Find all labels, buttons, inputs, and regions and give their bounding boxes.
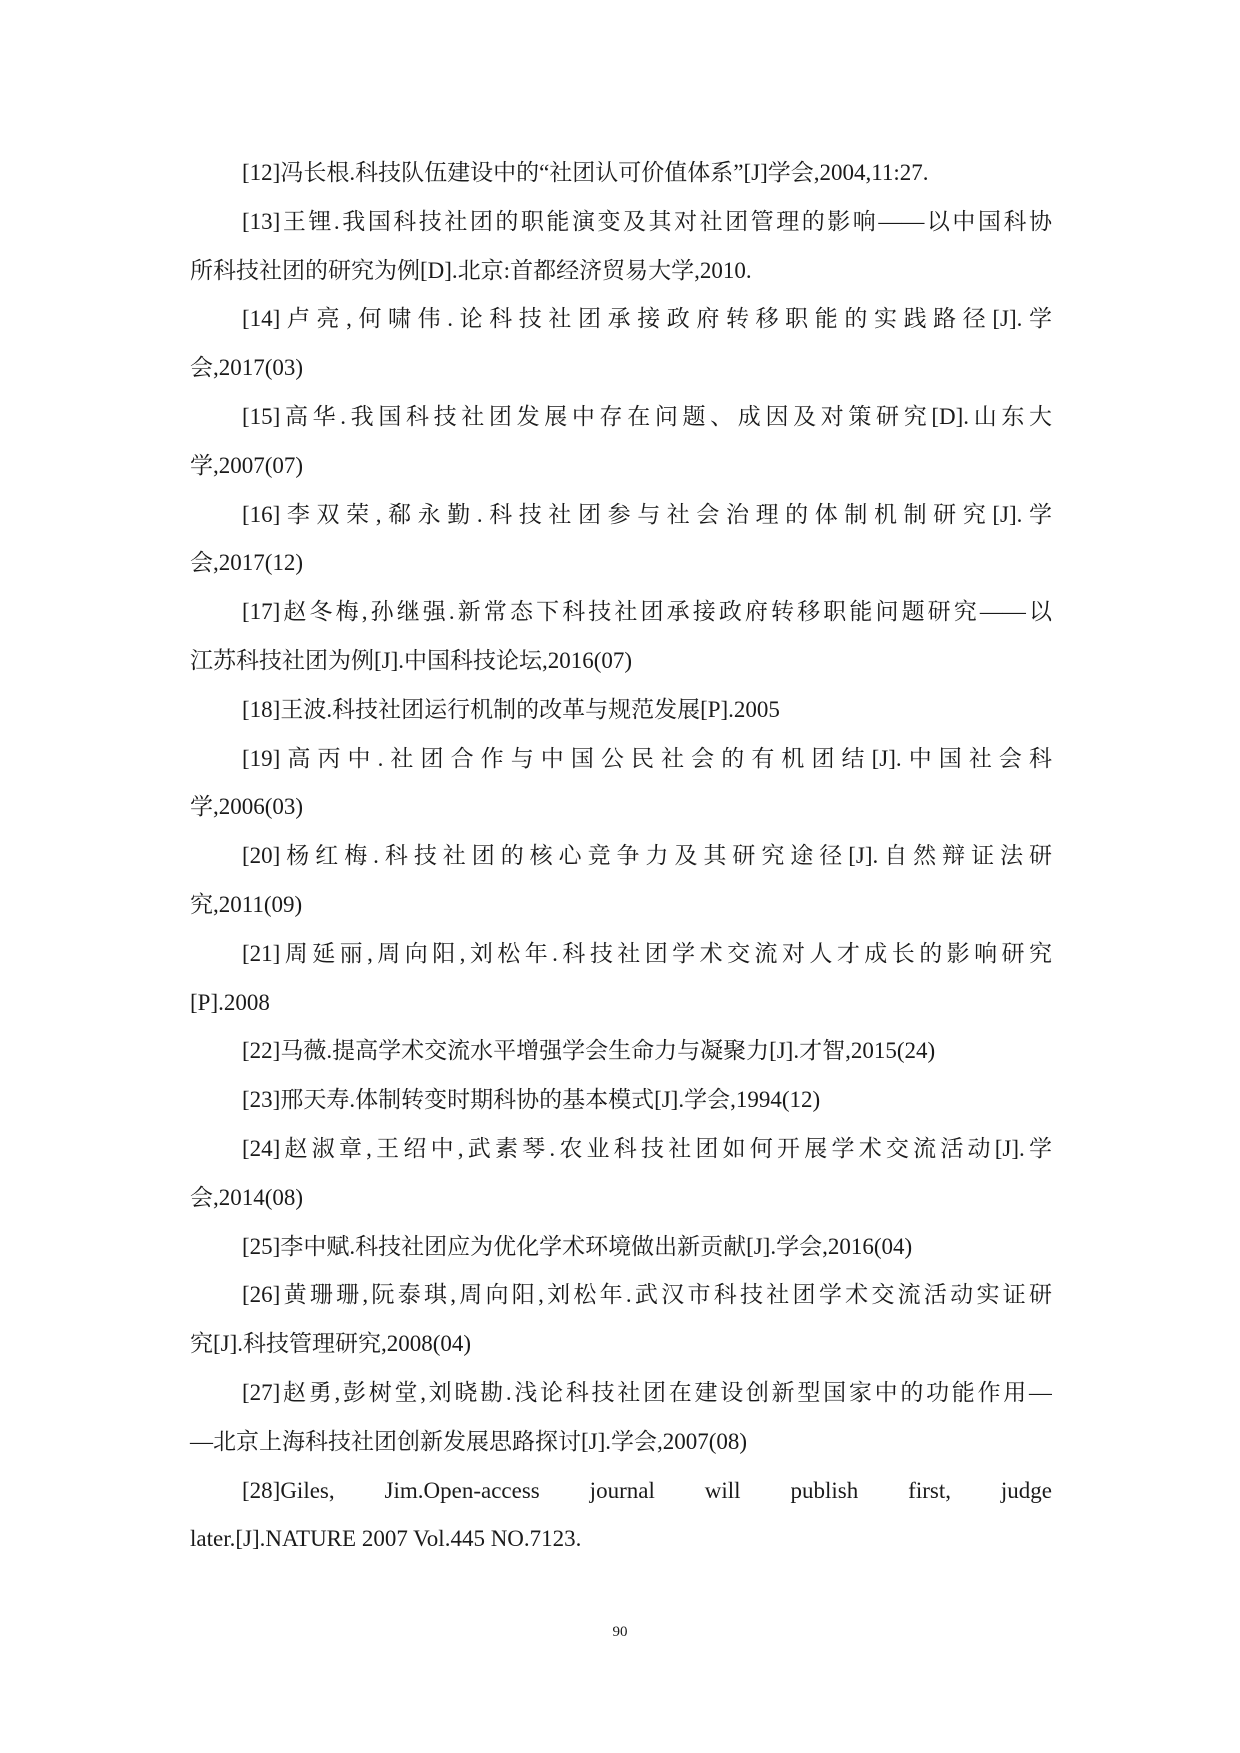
reference-line: [20]杨红梅.科技社团的核心竞争力及其研究途径[J].自然辩证法研 <box>190 832 1052 881</box>
reference-item-20: [20]杨红梅.科技社团的核心竞争力及其研究途径[J].自然辩证法研 究,201… <box>190 832 1052 930</box>
document-page: [12]冯长根.科技队伍建设中的“社团认可价值体系”[J]学会,2004,11:… <box>0 0 1240 1753</box>
reference-line: 学,2006(03) <box>190 783 1052 832</box>
reference-item-19: [19]高丙中.社团合作与中国公民社会的有机团结[J].中国社会科 学,2006… <box>190 735 1052 833</box>
reference-item-13: [13]王锂.我国科技社团的职能演变及其对社团管理的影响——以中国科协 所科技社… <box>190 198 1052 296</box>
reference-line: 究,2011(09) <box>190 881 1052 930</box>
reference-line: [16]李双荣,郗永勤.科技社团参与社会治理的体制机制研究[J].学 <box>190 491 1052 540</box>
reference-item-17: [17]赵冬梅,孙继强.新常态下科技社团承接政府转移职能问题研究——以 江苏科技… <box>190 588 1052 686</box>
reference-item-25: [25]李中赋.科技社团应为优化学术环境做出新贡献[J].学会,2016(04) <box>190 1223 1052 1272</box>
reference-line: [28]Giles, Jim.Open-access journal will … <box>190 1467 1052 1516</box>
reference-line: [18]王波.科技社团运行机制的改革与规范发展[P].2005 <box>190 686 1052 735</box>
reference-line: 会,2017(03) <box>190 344 1052 393</box>
reference-line: 学,2007(07) <box>190 442 1052 491</box>
page-number: 90 <box>0 1620 1240 1644</box>
reference-line: later.[J].NATURE 2007 Vol.445 NO.7123. <box>190 1515 1052 1564</box>
reference-line: [17]赵冬梅,孙继强.新常态下科技社团承接政府转移职能问题研究——以 <box>190 588 1052 637</box>
reference-item-26: [26]黄珊珊,阮泰琪,周向阳,刘松年.武汉市科技社团学术交流活动实证研 究[J… <box>190 1271 1052 1369</box>
reference-line: [27]赵勇,彭树堂,刘晓勘.浅论科技社团在建设创新型国家中的功能作用— <box>190 1369 1052 1418</box>
reference-line: [25]李中赋.科技社团应为优化学术环境做出新贡献[J].学会,2016(04) <box>190 1223 1052 1272</box>
reference-item-16: [16]李双荣,郗永勤.科技社团参与社会治理的体制机制研究[J].学 会,201… <box>190 491 1052 589</box>
reference-line: 所科技社团的研究为例[D].北京:首都经济贸易大学,2010. <box>190 247 1052 296</box>
reference-line: [15]高华.我国科技社团发展中存在问题、成因及对策研究[D].山东大 <box>190 393 1052 442</box>
reference-item-21: [21]周延丽,周向阳,刘松年.科技社团学术交流对人才成长的影响研究 [P].2… <box>190 930 1052 1028</box>
reference-line: —北京上海科技社团创新发展思路探讨[J].学会,2007(08) <box>190 1418 1052 1467</box>
reference-line: [22]马薇.提高学术交流水平增强学会生命力与凝聚力[J].才智,2015(24… <box>190 1027 1052 1076</box>
reference-line: 会,2017(12) <box>190 539 1052 588</box>
reference-item-15: [15]高华.我国科技社团发展中存在问题、成因及对策研究[D].山东大 学,20… <box>190 393 1052 491</box>
reference-list: [12]冯长根.科技队伍建设中的“社团认可价值体系”[J]学会,2004,11:… <box>190 149 1052 1564</box>
reference-item-14: [14]卢亮,何啸伟.论科技社团承接政府转移职能的实践路径[J].学 会,201… <box>190 295 1052 393</box>
reference-item-28: [28]Giles, Jim.Open-access journal will … <box>190 1467 1052 1565</box>
reference-line: 会,2014(08) <box>190 1174 1052 1223</box>
reference-line: [23]邢天寿.体制转变时期科协的基本模式[J].学会,1994(12) <box>190 1076 1052 1125</box>
reference-item-24: [24]赵淑章,王绍中,武素琴.农业科技社团如何开展学术交流活动[J].学 会,… <box>190 1125 1052 1223</box>
reference-item-27: [27]赵勇,彭树堂,刘晓勘.浅论科技社团在建设创新型国家中的功能作用— —北京… <box>190 1369 1052 1467</box>
reference-line: [12]冯长根.科技队伍建设中的“社团认可价值体系”[J]学会,2004,11:… <box>190 149 1052 198</box>
reference-line: [19]高丙中.社团合作与中国公民社会的有机团结[J].中国社会科 <box>190 735 1052 784</box>
reference-item-18: [18]王波.科技社团运行机制的改革与规范发展[P].2005 <box>190 686 1052 735</box>
reference-item-12: [12]冯长根.科技队伍建设中的“社团认可价值体系”[J]学会,2004,11:… <box>190 149 1052 198</box>
reference-item-23: [23]邢天寿.体制转变时期科协的基本模式[J].学会,1994(12) <box>190 1076 1052 1125</box>
reference-line: [P].2008 <box>190 979 1052 1028</box>
reference-line: [13]王锂.我国科技社团的职能演变及其对社团管理的影响——以中国科协 <box>190 198 1052 247</box>
reference-item-22: [22]马薇.提高学术交流水平增强学会生命力与凝聚力[J].才智,2015(24… <box>190 1027 1052 1076</box>
reference-line: [26]黄珊珊,阮泰琪,周向阳,刘松年.武汉市科技社团学术交流活动实证研 <box>190 1271 1052 1320</box>
reference-line: 江苏科技社团为例[J].中国科技论坛,2016(07) <box>190 637 1052 686</box>
reference-line: [24]赵淑章,王绍中,武素琴.农业科技社团如何开展学术交流活动[J].学 <box>190 1125 1052 1174</box>
reference-line: [14]卢亮,何啸伟.论科技社团承接政府转移职能的实践路径[J].学 <box>190 295 1052 344</box>
reference-line: [21]周延丽,周向阳,刘松年.科技社团学术交流对人才成长的影响研究 <box>190 930 1052 979</box>
reference-line: 究[J].科技管理研究,2008(04) <box>190 1320 1052 1369</box>
